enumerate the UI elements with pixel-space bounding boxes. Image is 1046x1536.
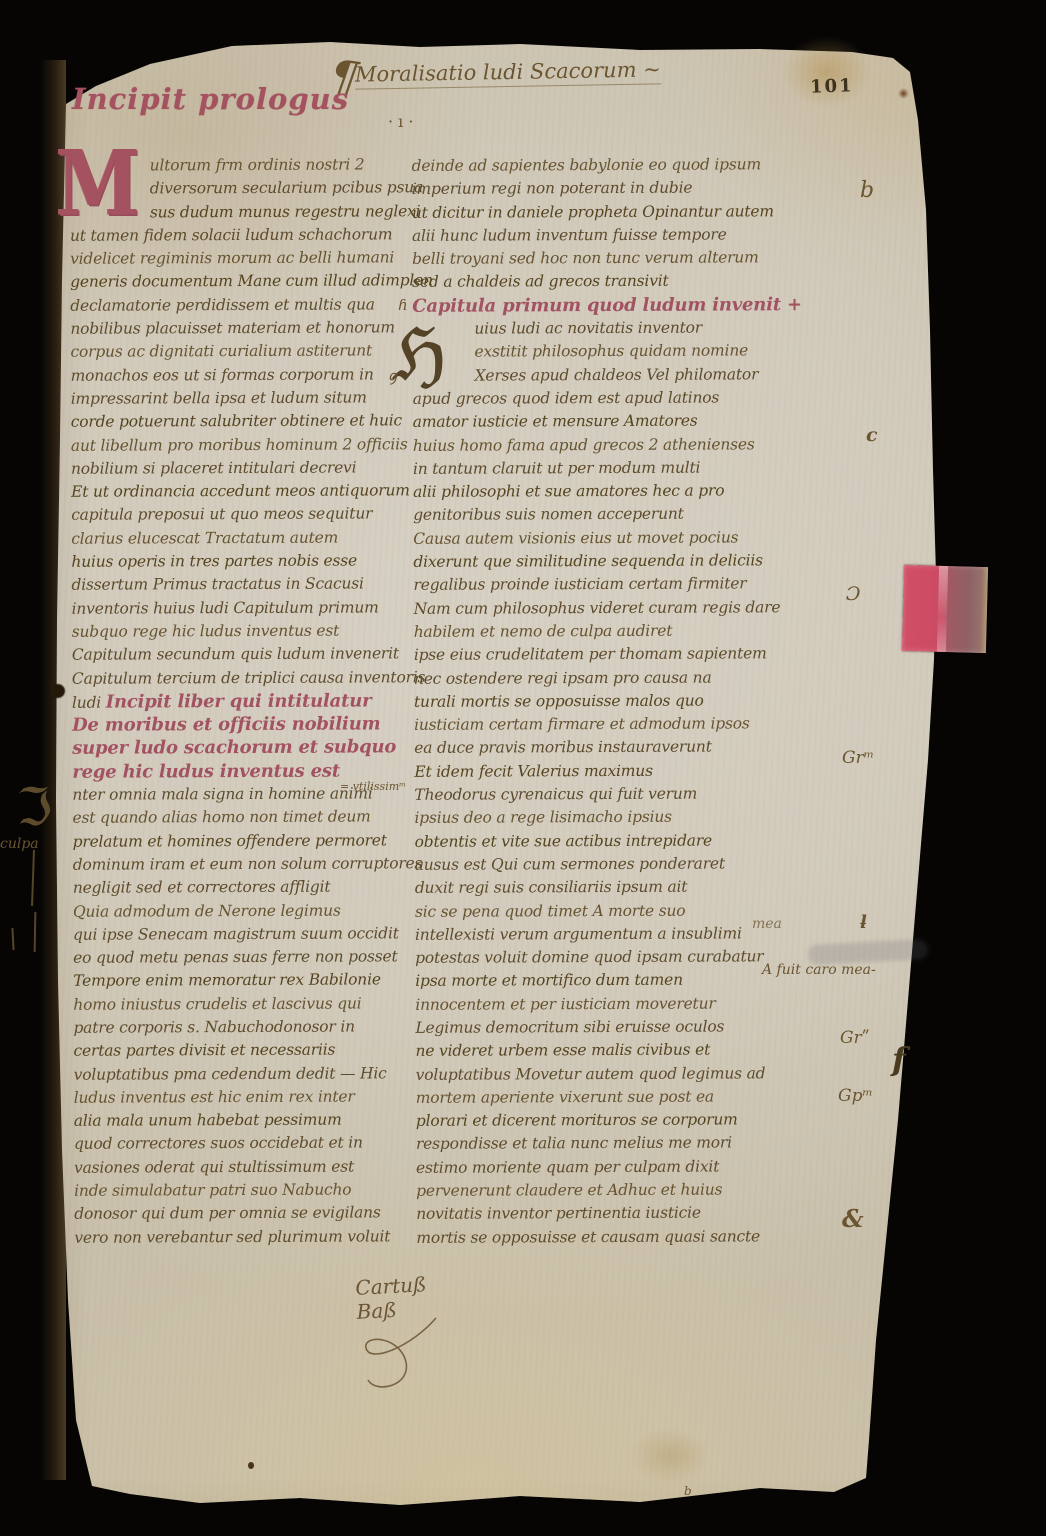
manuscript-text-line: nec ostendere regi ipsam pro causa na xyxy=(414,666,796,691)
manuscript-text-line: in tantum claruit ut per modum multi xyxy=(413,456,795,481)
manuscript-text-line: subquo rege hic ludus inventus est xyxy=(72,619,410,644)
manuscript-text-line: mortis se opposuisse et causam quasi san… xyxy=(416,1225,798,1250)
manuscript-text-line: certas partes divisit et necessariis xyxy=(73,1039,411,1064)
cadel-initial-h: ℌ xyxy=(392,318,446,390)
manuscript-text-line: deinde ad sapientes babylonie eo quod ip… xyxy=(412,153,794,178)
manuscript-text-line: mortem aperiente vixerunt sue post ea xyxy=(416,1085,798,1110)
manuscript-text-line: intellexisti verum argumentum a insublim… xyxy=(415,922,797,947)
manuscript-text-line: impressarint bella ipsa et ludum situm xyxy=(71,386,409,411)
manuscript-scan: ¶ Moralisatio ludi Scacorum ~ Incipit pr… xyxy=(0,0,1046,1536)
manuscript-text-line: capitula preposui ut quo meos sequitur xyxy=(71,503,409,528)
manuscript-text-line: alii philosophi et sue amatores hec a pr… xyxy=(413,479,795,504)
manuscript-text-line: ludus inventus est hic enim rex inter xyxy=(74,1085,412,1110)
margin-tick xyxy=(34,912,37,952)
manuscript-text-line: duxit regi suis consiliariis ipsum ait xyxy=(415,875,797,900)
margin-letter-c: c xyxy=(866,424,878,446)
manuscript-text-line: innocentem et per iusticiam moveretur xyxy=(415,992,797,1017)
manuscript-text-line: ausus est Qui cum sermones ponderaret xyxy=(415,852,797,877)
prologue-rubric: Incipit prologus xyxy=(72,82,349,116)
manuscript-text-line: pervenerunt claudere et Adhuc et huius xyxy=(416,1178,798,1203)
manuscript-text-line: super ludo scachorum et subquo xyxy=(72,736,410,761)
manuscript-text-line: Nam cum philosophus videret curam regis … xyxy=(414,596,796,621)
manuscript-text-line: ea duce pravis moribus instauraverunt xyxy=(414,736,796,761)
manuscript-text-line: homo iniustus crudelis et lascivus qui xyxy=(73,992,411,1017)
margin-word-mea: mea xyxy=(752,916,782,932)
manuscript-text-line: inventoris huius ludi Capitulum primum xyxy=(72,596,410,621)
manuscript-text-line: vero non verebantur sed plurimum voluit xyxy=(74,1225,412,1250)
manuscript-text-line: potestas voluit domine quod ipsam curaba… xyxy=(415,945,797,970)
manuscript-text-line: Tempore enim memoratur rex Babilonie xyxy=(73,969,411,994)
bookmark-tab[interactable] xyxy=(902,565,988,653)
manuscript-text-line: ne videret urbem esse malis civibus et xyxy=(415,1038,797,1063)
margin-ampersand: & xyxy=(842,1204,864,1233)
ownership-line-1: Cartuß xyxy=(355,1272,427,1300)
ink-blot xyxy=(50,684,65,698)
intercolumn-sign: ꝯ xyxy=(388,366,397,386)
manuscript-text-line: respondisse et talia nunc melius me mori xyxy=(416,1132,798,1157)
manuscript-text-line: aut libellum pro moribus hominum 2 offic… xyxy=(71,433,409,458)
folio-number: 101 xyxy=(810,75,854,98)
manuscript-text-line: dissertum Primus tractatus in Scacusi xyxy=(71,573,409,598)
manuscript-text-line: alia mala unum habebat pessimum xyxy=(74,1108,412,1133)
manuscript-text-line: patre corporis s. Nabuchodonosor in xyxy=(73,1015,411,1040)
margin-sign-gr: Grʺ xyxy=(840,1028,870,1048)
manuscript-text-line: corpus ac dignitati curialium astiterunt xyxy=(70,340,408,365)
manuscript-text-line: dixerunt que similitudine sequenda in de… xyxy=(413,549,795,574)
manuscript-text-line: negligit sed et correctores affligit xyxy=(73,875,411,900)
margin-letter-b: b xyxy=(860,178,874,203)
manuscript-text-line: eo quod metu penas suas ferre non posset xyxy=(73,945,411,970)
manuscript-text-line: huius homo fama apud grecos 2 atheniense… xyxy=(413,433,795,458)
manuscript-text-line: estimo moriente quam per culpam dixit xyxy=(416,1155,798,1180)
manuscript-text-line: declamatorie perdidissem et multis qua xyxy=(70,293,408,318)
manuscript-text-line: amator iusticie et mensure Amatores xyxy=(413,409,795,434)
manuscript-text-line: Et ut ordinancia accedunt meos antiquoru… xyxy=(71,479,409,504)
manuscript-text-line: exstitit philosophus quidam nomine xyxy=(412,340,794,365)
manuscript-text-line: nobilibus placuisset materiam et honorum xyxy=(70,316,408,341)
manuscript-text-line: obtentis et vite sue actibus intrepidare xyxy=(415,829,797,854)
manuscript-text-line: Xerses apud chaldeos Vel philomator xyxy=(413,363,795,388)
margin-reversed-c: Ɔ xyxy=(846,583,861,605)
margin-letter-f: f xyxy=(892,1040,906,1078)
manuscript-text-line: quod correctores suos occidebat et in xyxy=(74,1132,412,1157)
manuscript-text-line: belli troyani sed hoc non tunc verum alt… xyxy=(412,246,794,271)
inscription-flourish xyxy=(348,1316,478,1396)
manuscript-text-line: De moribus et officiis nobilium xyxy=(72,712,410,737)
manuscript-text-line: ludi Incipit liber qui intitulatur xyxy=(72,689,410,714)
margin-sign-grm: Grᵐ xyxy=(842,748,874,768)
text-column-right: deinde ad sapientes babylonie eo quod ip… xyxy=(412,153,799,1250)
manuscript-text-line: alii hunc ludum inventum fuisse tempore xyxy=(412,223,794,248)
manuscript-text-line: huius operis in tres partes nobis esse xyxy=(71,549,409,574)
manuscript-text-line: genitoribus suis nomen acceperunt xyxy=(413,503,795,528)
manuscript-text-line: apud grecos quod idem est apud latinos xyxy=(413,386,795,411)
manuscript-text-line: uius ludi ac novitatis inventor xyxy=(412,316,794,341)
manuscript-text-line: sic se pena quod timet A morte suo xyxy=(415,899,797,924)
margin-note-caro: A fuit caro mea- xyxy=(762,962,876,978)
margin-letter-k: ƚ xyxy=(860,912,867,933)
text-column-left: ultorum frm ordinis nostri 2diversorum s… xyxy=(70,153,413,1249)
interlinear-mark: · ı · xyxy=(388,112,413,131)
margin-tick xyxy=(31,850,35,906)
manuscript-text-line: prelatum et homines offendere permoret xyxy=(73,829,411,854)
manuscript-text-line: ipse eius crudelitatem per thomam sapien… xyxy=(414,642,796,667)
manuscript-text-line: ipsa morte et mortifico dum tamen xyxy=(415,969,797,994)
margin-tick xyxy=(11,928,14,950)
manuscript-text-line: Capitulum tercium de triplici causa inve… xyxy=(72,666,410,691)
margin-sign-gpm: Gpᵐ xyxy=(838,1086,873,1106)
manuscript-text-line: ipsius deo a rege lisimacho ipsius xyxy=(414,805,796,830)
manuscript-text-line: Causa autem visionis eius ut movet pociu… xyxy=(413,526,795,551)
manuscript-text-line: habilem et nemo de culpa audiret xyxy=(414,619,796,644)
manuscript-text-line: iusticiam certam firmare et admodum ipso… xyxy=(414,712,796,737)
manuscript-text-line: Et idem fecit Valerius maximus xyxy=(414,759,796,784)
manuscript-text-line: est quando alias homo non timet deum xyxy=(72,806,410,831)
manuscript-text-line: dominum iram et eum non solum corruptore… xyxy=(73,852,411,877)
edge-mark: b xyxy=(684,1484,692,1498)
manuscript-text-line: ut dicitur in daniele propheta Opinantur… xyxy=(412,200,794,225)
manuscript-text-line: regalibus proinde iusticiam certam firmi… xyxy=(413,573,795,598)
manuscript-text-line: imperium regi non poterant in dubie xyxy=(412,176,794,201)
manuscript-text-line: Capitula primum quod ludum invenit + xyxy=(412,293,794,318)
manuscript-text-line: corde potuerunt salubriter obtinere et h… xyxy=(71,410,409,435)
manuscript-text-line: Quia admodum de Nerone legimus xyxy=(73,899,411,924)
manuscript-text-line: Legimus democritum sibi eruisse oculos xyxy=(415,1015,797,1040)
manuscript-text-line: nobilium si placeret intitulari decrevi xyxy=(71,456,409,481)
manuscript-text-line: inde simulabatur patri suo Nabucho xyxy=(74,1178,412,1203)
manuscript-text-line: voluptatibus Movetur autem quod legimus … xyxy=(416,1062,798,1087)
manuscript-text-line: Theodorus cyrenaicus qui fuit verum xyxy=(414,782,796,807)
manuscript-text-line: clarius elucescat Tractatum autem xyxy=(71,526,409,551)
manuscript-text-line: qui ipse Senecam magistrum suum occidit xyxy=(73,922,411,947)
manuscript-text-line: plorari et dicerent morituros se corporu… xyxy=(416,1108,798,1133)
red-lombard-initial: M xyxy=(56,139,140,229)
manuscript-text-line: monachos eos ut si formas corporum in xyxy=(71,363,409,388)
manuscript-text-line: generis documentum Mane cum illud adimpl… xyxy=(70,270,408,295)
pen-initial-i: ℑ xyxy=(14,781,54,835)
manuscript-text-line: videlicet regiminis morum ac belli human… xyxy=(70,246,408,271)
manuscript-text-line: donosor qui dum per omnia se evigilans xyxy=(74,1202,412,1227)
manuscript-text-line: turali mortis se opposuisse malos quo xyxy=(414,689,796,714)
manuscript-text-line: voluptatibus pma cedendum dedit — Hic xyxy=(74,1062,412,1087)
manuscript-text-line: Capitulum secundum quis ludum invenerit xyxy=(72,642,410,667)
title-annotation: Moralisatio ludi Scacorum ~ xyxy=(355,57,661,89)
intercolumn-h-mark: ɦ xyxy=(398,296,408,314)
interlinear-gloss: = vtilissimᵐ xyxy=(340,780,406,793)
manuscript-text-line: novitatis inventor pertinentia iusticie xyxy=(416,1202,798,1227)
manuscript-text-line: sed a chaldeis ad grecos transivit xyxy=(412,270,794,295)
manuscript-text-line: vasiones oderat qui stultissimum est xyxy=(74,1155,412,1180)
